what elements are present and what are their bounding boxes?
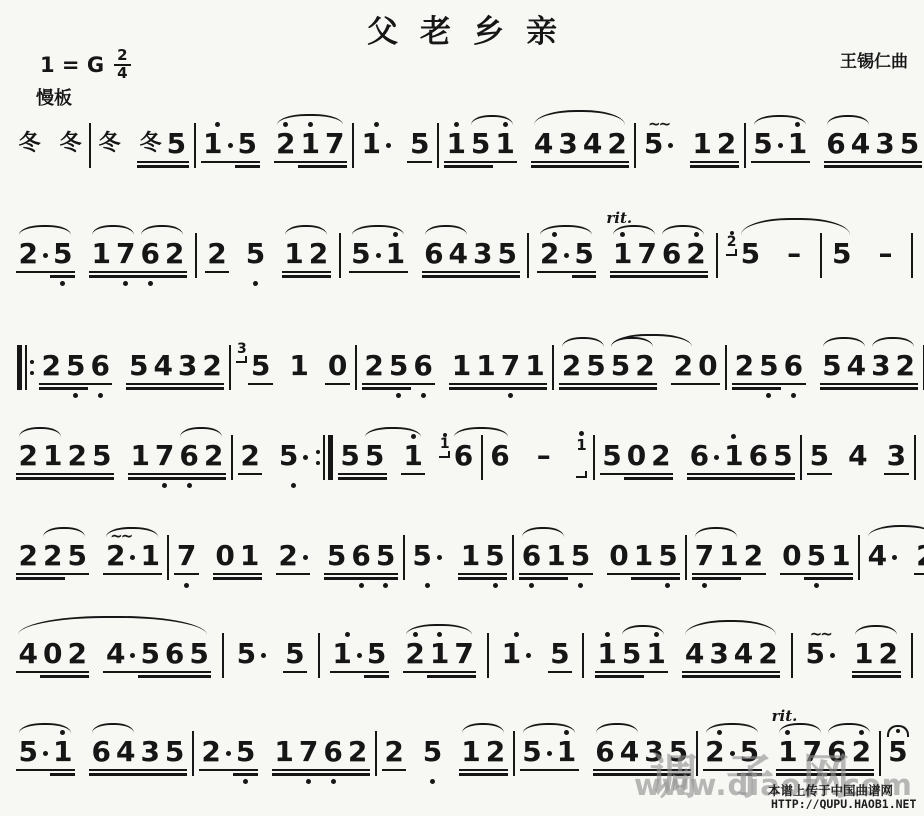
note: 7 — [174, 528, 198, 589]
note: 4 — [731, 626, 755, 687]
note: 4 — [151, 338, 175, 399]
rit-marking: rit. — [606, 209, 632, 227]
barline — [318, 633, 320, 678]
measure: ~~512 — [803, 606, 900, 687]
note: 1 — [272, 724, 296, 785]
note: 5 — [243, 226, 267, 287]
note: 2 — [537, 226, 571, 287]
barline — [725, 345, 727, 390]
barline — [791, 633, 793, 678]
barline — [911, 633, 913, 678]
score: 冬冬冬冬515217151514342~~5125164352517622512… — [0, 0, 924, 816]
note: 2 — [893, 338, 917, 399]
note: 6 — [519, 528, 543, 589]
note: 4 — [103, 626, 137, 687]
barline — [89, 123, 91, 168]
note: 0 — [780, 528, 804, 589]
note: 2 — [382, 724, 406, 785]
sheet-music-page: 父老乡亲 王锡仁曲 1 = G 2 4 慢板 冬冬冬冬5152171515143… — [0, 0, 924, 816]
barline — [513, 731, 515, 776]
note: 2 — [205, 226, 229, 287]
note: 4 — [844, 338, 868, 399]
note: 5 — [234, 626, 268, 687]
note: 7 — [322, 116, 346, 177]
note: 5 — [126, 338, 150, 399]
note: 1 — [128, 428, 152, 489]
barline — [487, 633, 489, 678]
note: 2 — [714, 116, 738, 177]
note: 5 — [468, 116, 492, 177]
note: 5 — [897, 116, 921, 177]
note: 6 — [162, 626, 186, 687]
note: 5 — [804, 528, 828, 589]
note: ~~5 — [803, 626, 837, 687]
note: 5 — [386, 338, 410, 399]
note: 2 — [201, 428, 225, 489]
note: 3 — [873, 116, 897, 177]
note: 5 — [187, 626, 211, 687]
barline — [914, 435, 916, 480]
note: 2 — [671, 338, 695, 399]
measure: 2565432 — [732, 318, 917, 399]
note: 5 — [364, 626, 388, 687]
note: 5 — [757, 338, 781, 399]
measure: 15217 — [330, 606, 476, 687]
score-line: 2517622512516435251rit.76225–5– — [14, 206, 916, 287]
note: 2 — [362, 338, 386, 399]
note: 0 — [696, 338, 720, 399]
measure: 25 — [238, 408, 311, 489]
barline — [512, 535, 514, 580]
barline — [231, 435, 233, 480]
barline — [481, 435, 483, 480]
note: 2 — [732, 338, 756, 399]
note: 7 — [152, 428, 176, 489]
measure: 5026165 — [600, 408, 795, 489]
note: 1 — [50, 724, 74, 785]
note: 2 — [276, 528, 310, 589]
barline — [403, 535, 405, 580]
note: 5 — [420, 724, 444, 785]
grace-note: 1 — [439, 433, 450, 458]
note: 2 — [345, 724, 369, 785]
note: 7 — [635, 226, 659, 287]
note: 1 — [89, 226, 113, 287]
note: 2 — [40, 528, 64, 589]
note: 1 — [459, 724, 483, 785]
barline — [437, 123, 439, 168]
measure: 15 — [499, 606, 572, 687]
note: 1 — [852, 626, 876, 687]
note: 5 — [276, 428, 310, 489]
repeat-end-barline — [316, 435, 333, 480]
note: 5 — [483, 528, 507, 589]
note: 2 — [741, 528, 765, 589]
note: 5 — [548, 626, 572, 687]
measure: 1514342 — [595, 606, 780, 687]
note: 1 — [717, 528, 741, 589]
note: 1 — [138, 528, 162, 589]
note: 4 — [682, 626, 706, 687]
note: 1 — [722, 428, 746, 489]
barline — [527, 233, 529, 278]
note: 6 — [321, 724, 345, 785]
barline — [229, 345, 231, 390]
barline — [355, 345, 357, 390]
note: 4 — [580, 116, 604, 177]
note: 6 — [659, 226, 683, 287]
measure: 25– — [726, 206, 811, 287]
note: 1 — [287, 338, 311, 399]
note: 2 — [756, 626, 780, 687]
note: 1 — [785, 116, 809, 177]
note: 4 — [113, 724, 137, 785]
measure: 516435 — [16, 704, 187, 785]
barline — [552, 345, 554, 390]
note: 1 — [201, 116, 235, 177]
note: 5 — [65, 528, 89, 589]
note: 1 — [690, 116, 714, 177]
note: 冬 — [96, 116, 123, 177]
barline — [352, 123, 354, 168]
measure: 15217 — [201, 96, 347, 177]
note: 5 — [771, 428, 795, 489]
note: 2 — [65, 626, 89, 687]
note: 6 — [593, 724, 617, 785]
measure: 515 — [410, 508, 507, 589]
note: 2 — [876, 626, 900, 687]
note: 7 — [113, 226, 137, 287]
note: 5 — [830, 226, 854, 287]
note: 6 — [138, 226, 162, 287]
measure: 251rit.762 — [537, 206, 708, 287]
note: 6 — [349, 528, 373, 589]
measure: 55116 — [338, 408, 476, 489]
note: 1 — [554, 724, 578, 785]
note: 1 — [383, 226, 407, 287]
barline — [195, 233, 197, 278]
barline — [820, 233, 822, 278]
note: 2 — [605, 116, 629, 177]
note: 2 — [162, 226, 186, 287]
note: 5 — [410, 528, 444, 589]
note: 5 — [608, 338, 632, 399]
note: 4 — [865, 528, 899, 589]
measure: 1514342 — [444, 96, 629, 177]
note: 冬 — [16, 116, 43, 177]
note: 3 — [556, 116, 580, 177]
barline — [222, 633, 224, 678]
note: – — [777, 226, 812, 287]
repeat-start-barline — [17, 345, 34, 390]
score-line: 2565432351025611712552202565432560 — [14, 318, 916, 399]
note: 5 — [572, 226, 596, 287]
note: 5 — [600, 428, 624, 489]
note: 0 — [40, 626, 64, 687]
note: 6 — [177, 428, 201, 489]
note: 1 — [237, 528, 261, 589]
measure: 55 — [234, 606, 307, 687]
note: 1 — [493, 116, 517, 177]
rit-marking: rit. — [772, 707, 798, 725]
note: 5 — [324, 528, 348, 589]
measure: 2565432 — [39, 318, 224, 399]
note: 5 — [235, 116, 259, 177]
note: 1 — [330, 626, 364, 687]
note: 1 — [829, 528, 853, 589]
score-line: 40245655515217151514342~~512 — [14, 606, 916, 687]
barline — [582, 633, 584, 678]
note: ~~2 — [103, 528, 137, 589]
note: 1 — [458, 528, 482, 589]
measure: 4024565 — [16, 606, 211, 687]
note: 5 — [283, 626, 307, 687]
note: 4 — [846, 428, 870, 489]
barline — [685, 535, 687, 580]
score-line: 225~~21701256551561501571205142 — [14, 508, 916, 589]
barline — [800, 435, 802, 480]
note: 4 — [446, 226, 470, 287]
note: 0 — [213, 528, 237, 589]
note: 6 — [781, 338, 805, 399]
note: 6 — [488, 428, 512, 489]
note: 冬 — [137, 116, 164, 177]
note: ~~5 — [641, 116, 675, 177]
measure: 543 — [807, 408, 908, 489]
note: 冬 — [57, 116, 84, 177]
measure: 15 — [359, 96, 432, 177]
measure: 冬冬 — [16, 96, 84, 177]
note: 6 — [687, 428, 721, 489]
note: 5 — [362, 428, 386, 489]
note: 4 — [848, 116, 872, 177]
note: 2 — [65, 428, 89, 489]
measure: 516435 — [751, 96, 922, 177]
note: 1 — [444, 116, 468, 177]
note: 4 — [531, 116, 555, 177]
note: 1 — [575, 428, 587, 478]
note: 2 — [403, 626, 427, 687]
measure: 2561171 — [362, 318, 547, 399]
note: 3 — [175, 338, 199, 399]
measure: ~~512 — [641, 96, 738, 177]
note: 5 — [619, 626, 643, 687]
note: 1 — [282, 226, 306, 287]
measure: 712051 — [692, 508, 853, 589]
note: 5 — [520, 724, 554, 785]
note: 7 — [692, 528, 716, 589]
measure: 7012565 — [174, 508, 397, 589]
note: 1 — [401, 428, 425, 489]
note: 1 — [631, 528, 655, 589]
note: 2 — [199, 724, 233, 785]
note: 1 — [359, 116, 393, 177]
note: 5 — [751, 116, 785, 177]
barline — [167, 535, 169, 580]
note: 35 — [236, 338, 272, 399]
note: 5 — [138, 626, 162, 687]
note: 6 — [88, 338, 112, 399]
grace-note: 2 — [726, 231, 737, 256]
score-line: 冬冬冬冬515217151514342~~512516435 — [14, 96, 916, 177]
note: – — [526, 428, 561, 489]
note: 5 — [16, 724, 50, 785]
note: 5 — [50, 226, 74, 287]
note: 1 — [474, 338, 498, 399]
barline — [375, 731, 377, 776]
watermark-url-line: HTTP://QUPU.HAOB1.NET — [771, 797, 916, 811]
note: 1 — [544, 528, 568, 589]
note: 5 — [338, 428, 362, 489]
note: 1 — [427, 626, 451, 687]
barline — [593, 435, 595, 480]
measure: 2512 — [205, 206, 331, 287]
note: 7 — [452, 626, 476, 687]
note: 1 — [40, 428, 64, 489]
note: 1 — [298, 116, 322, 177]
note: 5 — [63, 338, 87, 399]
measure: 516435 — [349, 206, 520, 287]
note: 3 — [884, 428, 908, 489]
grace-note: 3 — [236, 343, 247, 363]
barline — [744, 123, 746, 168]
note: 5 — [162, 724, 186, 785]
note: 1rit. — [610, 226, 634, 287]
note: 0 — [607, 528, 631, 589]
note: 5 — [407, 116, 431, 177]
note: 2 — [649, 428, 673, 489]
note: 2 — [238, 428, 262, 489]
note: 6 — [89, 724, 113, 785]
note: 1 — [499, 626, 533, 687]
barline — [911, 233, 913, 278]
note: 5 — [233, 724, 257, 785]
measure: 255220 — [559, 318, 720, 399]
measure: 3510 — [236, 318, 349, 399]
note: 5 — [89, 428, 113, 489]
note: 4 — [16, 626, 40, 687]
measure: 615015 — [519, 508, 680, 589]
note: 2 — [200, 338, 224, 399]
note: 5 — [656, 528, 680, 589]
note: 5 — [373, 528, 397, 589]
note: 3 — [869, 338, 893, 399]
barline — [192, 731, 194, 776]
note: 1 — [595, 626, 619, 687]
barline — [194, 123, 196, 168]
note: 1 — [449, 338, 473, 399]
note: 5 — [349, 226, 383, 287]
note: 5 — [584, 338, 608, 399]
fermata — [887, 725, 909, 737]
note: 6 — [411, 338, 435, 399]
note: 16 — [439, 428, 475, 489]
note: 2 — [16, 226, 50, 287]
note: 6 — [422, 226, 446, 287]
note: 5 — [495, 226, 519, 287]
note: 5 — [568, 528, 592, 589]
note: 3 — [138, 724, 162, 785]
measure: 251762 — [199, 704, 370, 785]
note: 0 — [325, 338, 349, 399]
measure: 2512 — [382, 704, 508, 785]
note: 0 — [624, 428, 648, 489]
note: 5 — [807, 428, 831, 489]
barline — [634, 123, 636, 168]
note: 1 — [644, 626, 668, 687]
measure: 5– — [830, 206, 903, 287]
measure: 冬冬5 — [96, 96, 189, 177]
note: 6 — [824, 116, 848, 177]
note: 2 — [559, 338, 583, 399]
barline — [339, 233, 341, 278]
measure: 251762 — [16, 206, 187, 287]
note: 2 — [914, 528, 924, 589]
note: 7 — [498, 338, 522, 399]
note: 2 — [483, 724, 507, 785]
note: 2 — [684, 226, 708, 287]
note: 1 — [523, 338, 547, 399]
note: 2 — [274, 116, 298, 177]
note: 2 — [633, 338, 657, 399]
note: – — [868, 226, 903, 287]
measure: 6–1 — [488, 408, 588, 489]
note: 2 — [16, 428, 40, 489]
measure: 225~~21 — [16, 508, 162, 589]
note: 6 — [746, 428, 770, 489]
note: 2 — [306, 226, 330, 287]
measure: 21251762 — [16, 408, 226, 489]
note: 3 — [707, 626, 731, 687]
barline — [716, 233, 718, 278]
note: 5 — [164, 116, 188, 177]
measure: 42 — [865, 508, 924, 589]
note: 2 — [39, 338, 63, 399]
note: 3 — [471, 226, 495, 287]
barline — [858, 535, 860, 580]
note: 5 — [820, 338, 844, 399]
note: 7 — [296, 724, 320, 785]
score-line: 2125176225551166–15026165543 — [14, 408, 916, 489]
note: 25 — [726, 226, 762, 287]
note: 2 — [16, 528, 40, 589]
